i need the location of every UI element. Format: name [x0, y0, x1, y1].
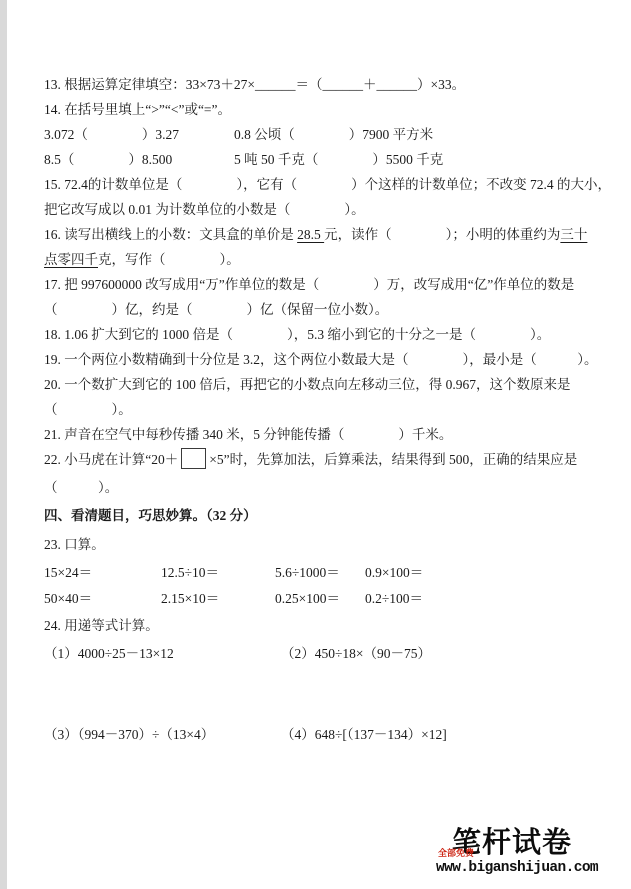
oral-calc-row-2: 50×40＝ 2.15×10＝ 0.25×100＝ 0.2÷100＝: [44, 586, 599, 611]
page-left-edge-strip: [0, 0, 7, 889]
question-23: 23. 口算。: [44, 532, 599, 557]
question-16-line-2: 点零四千克，写作（ ）。: [44, 247, 599, 272]
oral-calc-row-1: 15×24＝ 12.5÷10＝ 5.6÷1000＝ 0.9×100＝: [44, 560, 599, 585]
question-14-row-2: 8.5（ ）8.500 5 吨 50 千克（ ）5500 千克: [44, 147, 599, 172]
section-4-header: 四、看清题目，巧思妙算。（32 分）: [44, 503, 599, 528]
watermark-logo: 笔杆试卷 全部免费 www.biganshijuan.com: [436, 826, 616, 878]
question-24: 24. 用递等式计算。: [44, 613, 599, 638]
oral-item-7: 0.25×100＝: [275, 586, 365, 611]
calc-item-2: （2）450÷18×（90－75）: [281, 641, 599, 666]
stepwise-calc-row-2: （3）（994－370）÷（13×4） （4）648÷[（137－134）×12…: [44, 722, 599, 747]
question-20-line-1: 20. 一个数扩大到它的 100 倍后，再把它的小数点向左移动三位，得 0.96…: [44, 372, 599, 397]
oral-item-8: 0.2÷100＝: [365, 586, 599, 611]
q16-underlined-weight-part2: 点零四千: [44, 252, 98, 267]
q22-answer-box: [181, 448, 206, 469]
stepwise-calc-row-1: （1）4000÷25－13×12 （2）450÷18×（90－75）: [44, 641, 599, 666]
question-22-line-2: （ ）。: [44, 475, 599, 500]
question-18: 18. 1.06 扩大到它的 1000 倍是（ ），5.3 缩小到它的十分之一是…: [44, 322, 599, 347]
q16-underlined-weight-part1: 三十: [560, 227, 587, 242]
oral-item-4: 0.9×100＝: [365, 560, 599, 585]
oral-item-1: 15×24＝: [44, 560, 161, 585]
q14-compare-1: 3.072（ ）3.27: [44, 122, 234, 147]
oral-item-5: 50×40＝: [44, 586, 161, 611]
exam-content: 13. 根据运算定律填空：33×73＋27×______＝（______＋___…: [44, 72, 599, 747]
oral-item-3: 5.6÷1000＝: [275, 560, 365, 585]
calc-item-4: （4）648÷[（137－134）×12]: [281, 722, 599, 747]
question-13: 13. 根据运算定律填空：33×73＋27×______＝（______＋___…: [44, 72, 599, 97]
question-16-line-1: 16. 读写出横线上的小数：文具盒的单价是 28.5 元，读作（ ）；小明的体重…: [44, 222, 599, 247]
q22-text-a: 22. 小马虎在计算“20＋: [44, 452, 178, 467]
q14-compare-3: 8.5（ ）8.500: [44, 147, 234, 172]
watermark-free-badge: 全部免费: [438, 850, 474, 859]
oral-item-2: 12.5÷10＝: [161, 560, 275, 585]
q16-text-a: 16. 读写出横线上的小数：文具盒的单价是: [44, 227, 297, 242]
q14-compare-4: 5 吨 50 千克（ ）5500 千克: [234, 147, 599, 172]
question-20-line-2: （ ）。: [44, 397, 599, 422]
question-19: 19. 一个两位小数精确到十分位是 3.2，这个两位小数最大是（ ），最小是（ …: [44, 347, 599, 372]
question-14-intro: 14. 在括号里填上“>”“<”或“=”。: [44, 97, 599, 122]
question-17-line-1: 17. 把 997600000 改写成用“万”作单位的数是（ ）万，改写成用“亿…: [44, 272, 599, 297]
calc-item-1: （1）4000÷25－13×12: [44, 641, 281, 666]
question-15-line-2: 把它改写成以 0.01 为计数单位的小数是（ ）。: [44, 197, 599, 222]
question-15-line-1: 15. 72.4的计数单位是（ ），它有（ ）个这样的计数单位；不改变 72.4…: [44, 172, 599, 197]
question-21: 21. 声音在空气中每秒传播 340 米，5 分钟能传播（ ）千米。: [44, 422, 599, 447]
exam-paper-page: 13. 根据运算定律填空：33×73＋27×______＝（______＋___…: [0, 0, 631, 889]
q16-underlined-price: 28.5: [297, 227, 324, 242]
q22-text-b: ×5”时，先算加法，后算乘法，结果得到 500，正确的结果应是: [209, 452, 577, 467]
calc-item-3: （3）（994－370）÷（13×4）: [44, 722, 281, 747]
question-22-line-1: 22. 小马虎在计算“20＋×5”时，先算加法，后算乘法，结果得到 500，正确…: [44, 447, 599, 472]
oral-item-6: 2.15×10＝: [161, 586, 275, 611]
q14-compare-2: 0.8 公顷（ ）7900 平方米: [234, 122, 599, 147]
watermark-site-name: 笔杆试卷: [452, 826, 616, 858]
q16-text-b: 元，读作（ ）；小明的体重约为: [324, 227, 560, 242]
question-17-line-2: （ ）亿，约是（ ）亿（保留一位小数）。: [44, 297, 599, 322]
q16-text-c: 克，写作（ ）。: [98, 252, 240, 267]
question-14-row-1: 3.072（ ）3.27 0.8 公顷（ ）7900 平方米: [44, 122, 599, 147]
watermark-site-url: www.biganshijuan.com: [436, 858, 616, 878]
